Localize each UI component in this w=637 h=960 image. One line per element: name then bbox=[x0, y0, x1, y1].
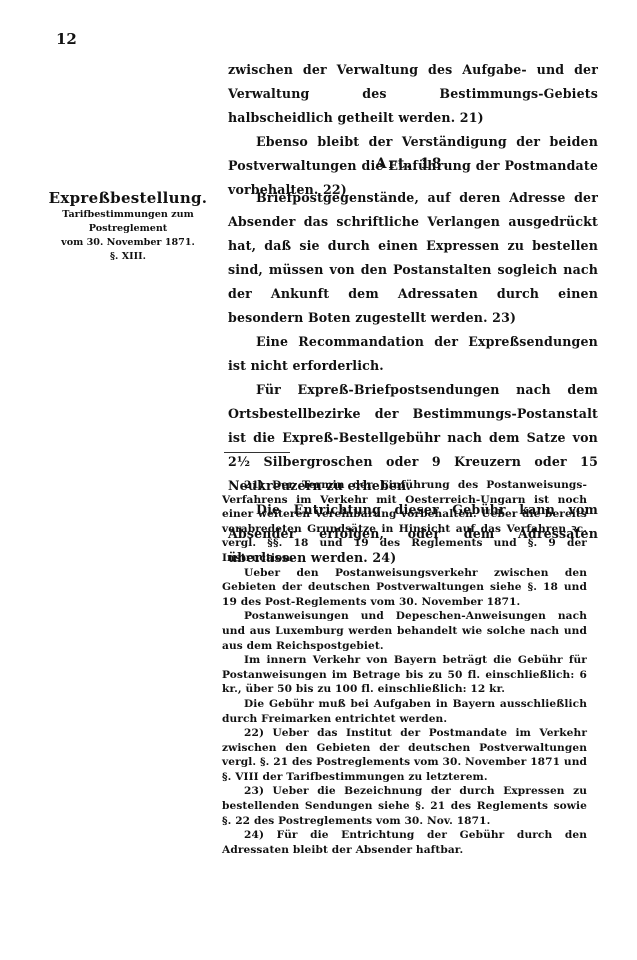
margin-reference-date: vom 30. November 1871. bbox=[28, 236, 228, 250]
footnote-divider bbox=[224, 452, 290, 453]
footnotes: 21) Der Termin der Einführung des Postan… bbox=[222, 478, 587, 857]
margin-title: Expreßbestellung. bbox=[28, 188, 228, 208]
footnote: 23) Ueber die Bezeichnung der durch Expr… bbox=[222, 784, 587, 828]
paragraph: Briefpostgegenstände, auf deren Adresse … bbox=[228, 186, 598, 330]
paragraph: Eine Recommandation der Expreßsendungen … bbox=[228, 330, 598, 378]
margin-note: Expreßbestellung. Tarifbestimmungen zum … bbox=[28, 188, 228, 264]
continued-text: zwischen der Verwaltung des Aufgabe- und… bbox=[228, 58, 598, 202]
footnote: 22) Ueber das Institut der Postmandate i… bbox=[222, 726, 587, 784]
footnote: Ueber den Postanweisungsverkehr zwischen… bbox=[222, 566, 587, 610]
article-heading: Art. 18. bbox=[228, 156, 598, 172]
footnote: Postanweisungen und Depeschen-Anweisunge… bbox=[222, 609, 587, 653]
margin-reference-section: §. XIII. bbox=[28, 250, 228, 264]
footnote: Die Gebühr muß bei Aufgaben in Bayern au… bbox=[222, 697, 587, 726]
footnote: 24) Für die Entrichtung der Gebühr durch… bbox=[222, 828, 587, 857]
page-number: 12 bbox=[56, 30, 77, 48]
footnote: 21) Der Termin der Einführung des Postan… bbox=[222, 478, 587, 566]
paragraph: zwischen der Verwaltung des Aufgabe- und… bbox=[228, 58, 598, 130]
margin-reference: Tarifbestimmungen zum Postreglement bbox=[28, 208, 228, 236]
footnote: Im innern Verkehr von Bayern beträgt die… bbox=[222, 653, 587, 697]
